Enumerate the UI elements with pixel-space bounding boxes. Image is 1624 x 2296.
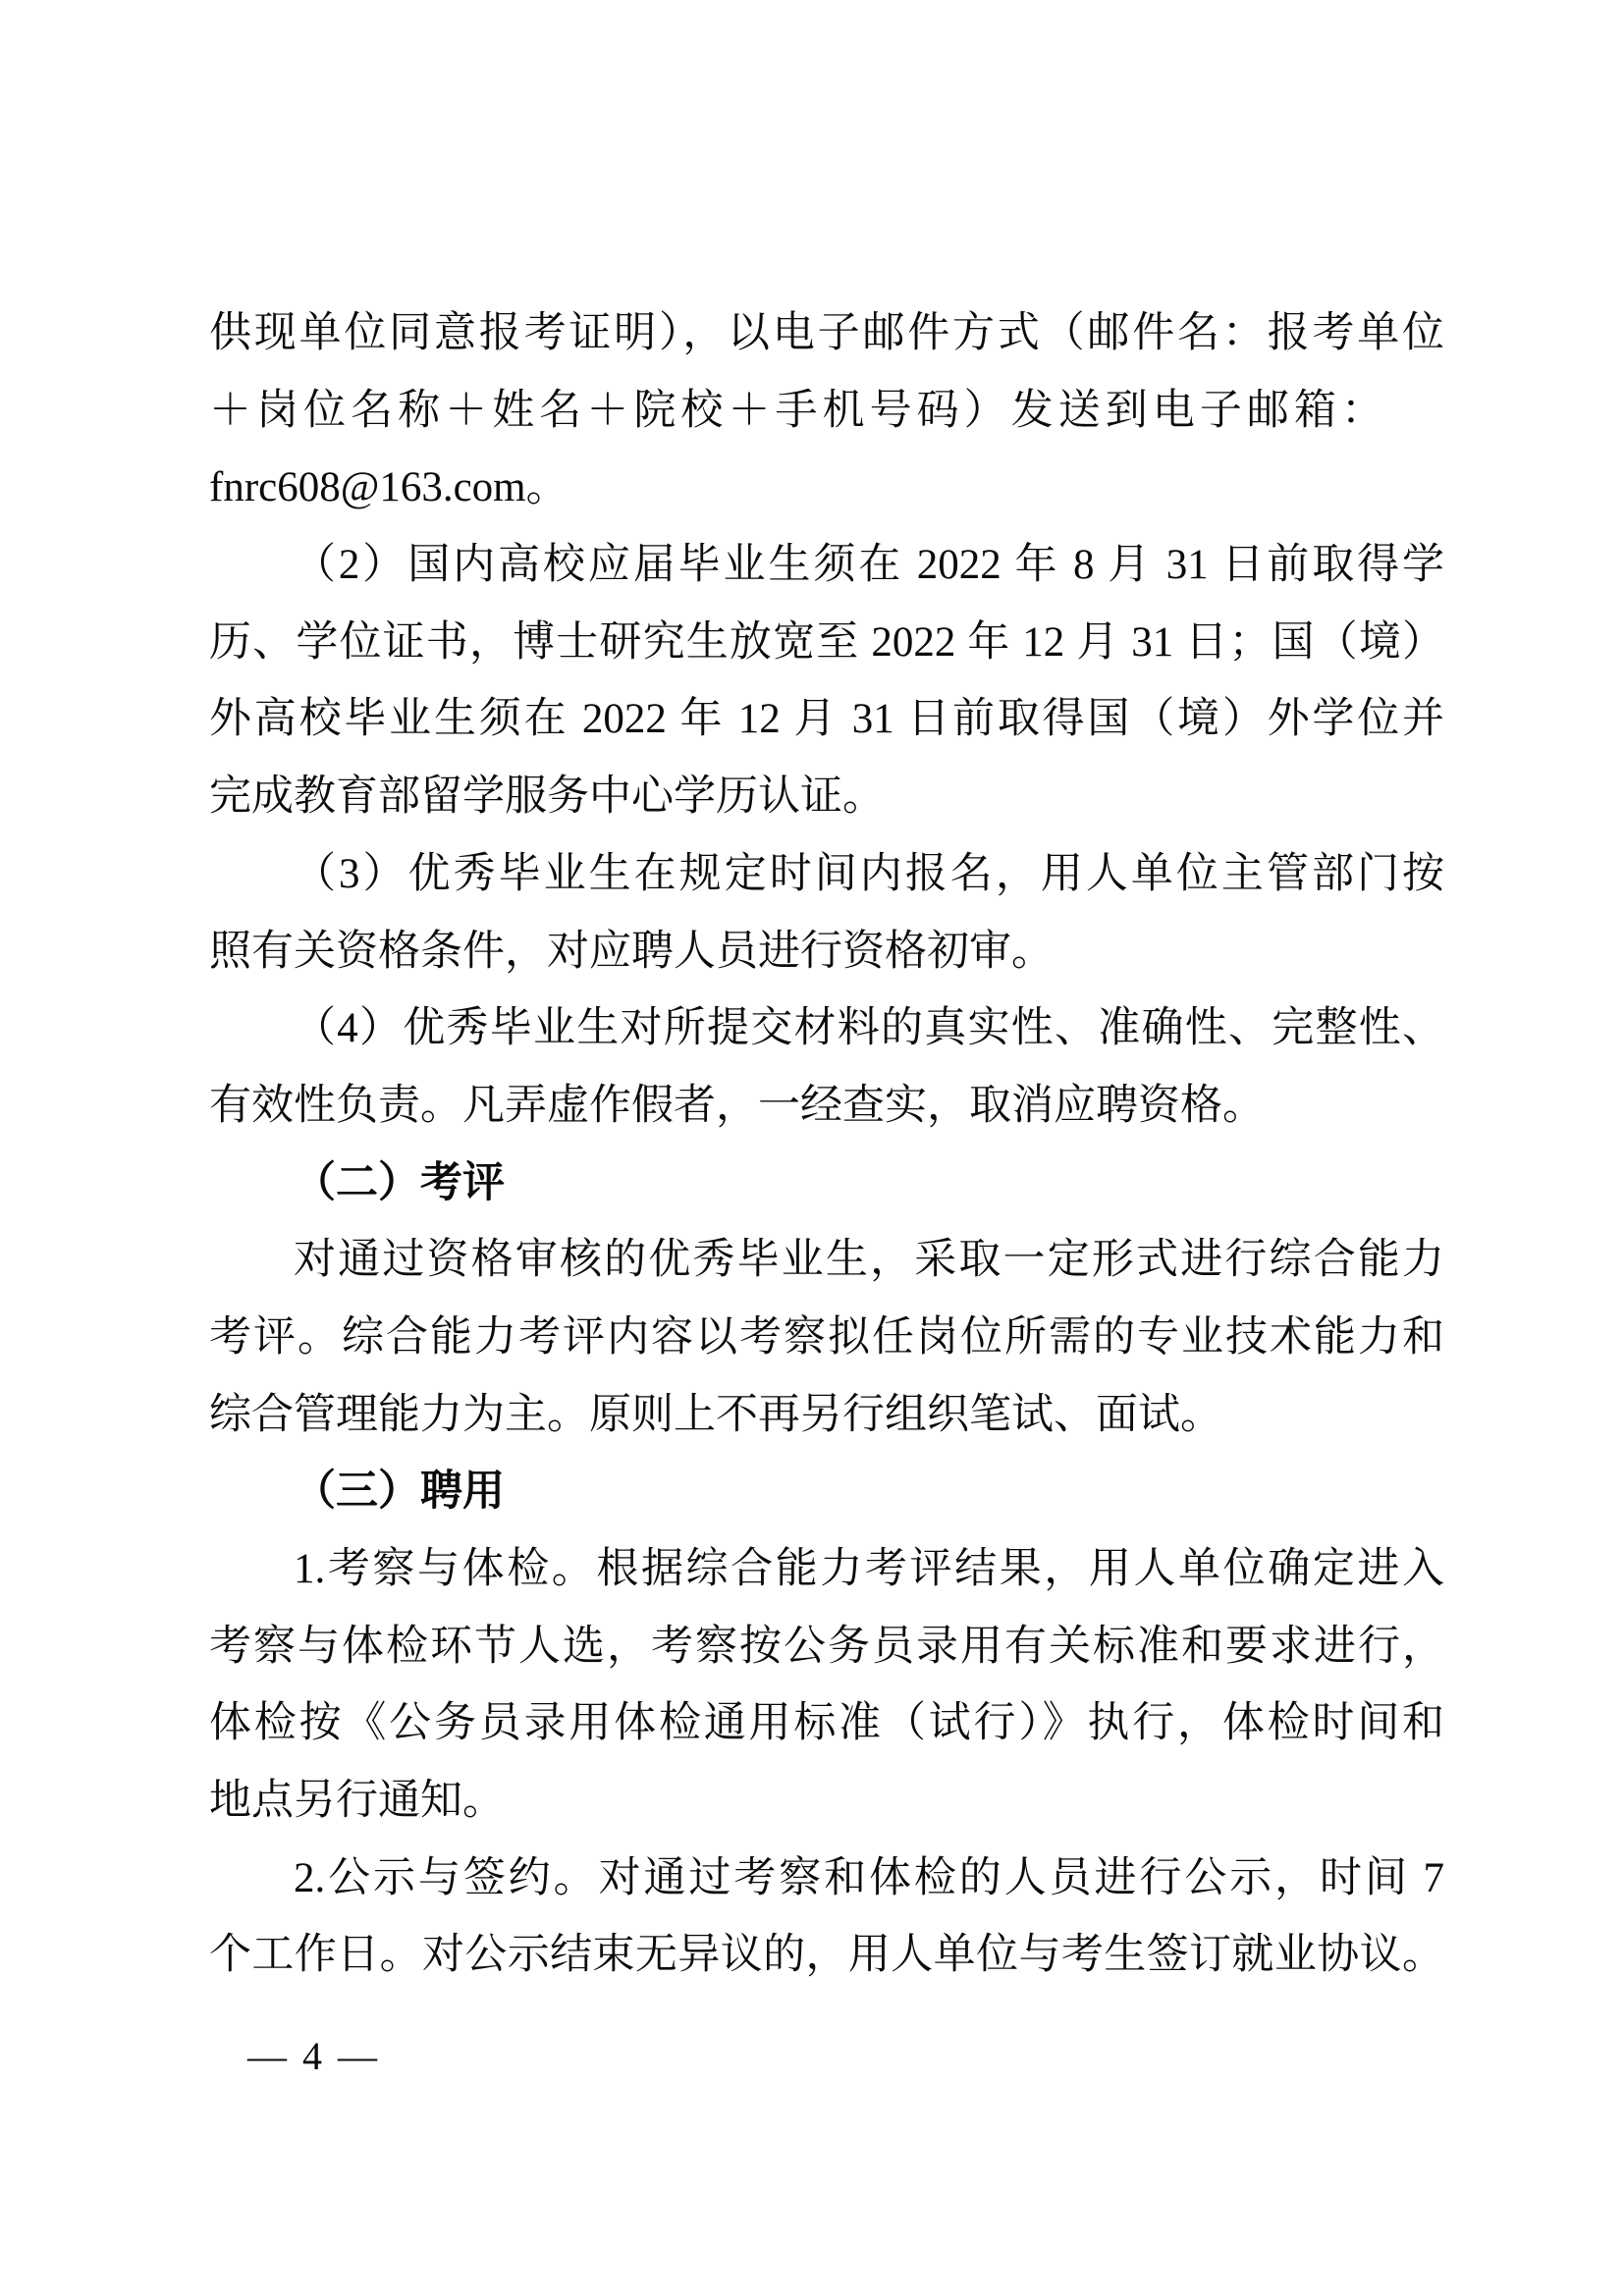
text-line: 外高校毕业生须在 2022 年 12 月 31 日前取得国（境）外学位并 [209, 681, 1444, 759]
text-line: （2）国内高校应届毕业生须在 2022 年 8 月 31 日前取得学 [209, 527, 1444, 605]
text-line: （3）优秀毕业生在规定时间内报名，用人单位主管部门按 [209, 836, 1444, 914]
text-line: ＋岗位名称＋姓名＋院校＋手机号码）发送到电子邮箱： [209, 373, 1444, 451]
text-line: 照有关资格条件，对应聘人员进行资格初审。 [209, 914, 1444, 991]
text-line: 对通过资格审核的优秀毕业生，采取一定形式进行综合能力 [209, 1222, 1444, 1300]
section-heading: （三）聘用 [209, 1454, 1444, 1531]
document-body: 供现单位同意报考证明），以电子邮件方式（邮件名：报考单位＋岗位名称＋姓名＋院校＋… [209, 295, 1444, 1995]
text-line: （4）优秀毕业生对所提交材料的真实性、准确性、完整性、 [209, 990, 1444, 1068]
text-line: 有效性负责。凡弄虚作假者，一经查实，取消应聘资格。 [209, 1068, 1444, 1146]
text-line: 体检按《公务员录用体检通用标准（试行）》执行，体检时间和 [209, 1685, 1444, 1763]
page-number: — 4 — [247, 2024, 380, 2089]
text-line: 完成教育部留学服务中心学历认证。 [209, 759, 1444, 836]
text-line: 供现单位同意报考证明），以电子邮件方式（邮件名：报考单位 [209, 295, 1444, 373]
text-line: 综合管理能力为主。原则上不再另行组织笔试、面试。 [209, 1377, 1444, 1455]
text-line: 历、学位证书，博士研究生放宽至 2022 年 12 月 31 日；国（境） [209, 605, 1444, 682]
text-line: fnrc608@163.com。 [209, 450, 1444, 527]
text-line: 2.公示与签约。对通过考察和体检的人员进行公示，时间 7 [209, 1841, 1444, 1918]
text-line: 考察与体检环节人选，考察按公务员录用有关标准和要求进行， [209, 1609, 1444, 1686]
section-heading: （二）考评 [209, 1146, 1444, 1223]
text-line: 地点另行通知。 [209, 1763, 1444, 1841]
text-line: 考评。综合能力考评内容以考察拟任岗位所需的专业技术能力和 [209, 1300, 1444, 1377]
text-line: 个工作日。对公示结束无异议的，用人单位与考生签订就业协议。 [209, 1917, 1444, 1995]
document-page: 供现单位同意报考证明），以电子邮件方式（邮件名：报考单位＋岗位名称＋姓名＋院校＋… [0, 0, 1624, 2296]
text-line: 1.考察与体检。根据综合能力考评结果，用人单位确定进入 [209, 1531, 1444, 1609]
